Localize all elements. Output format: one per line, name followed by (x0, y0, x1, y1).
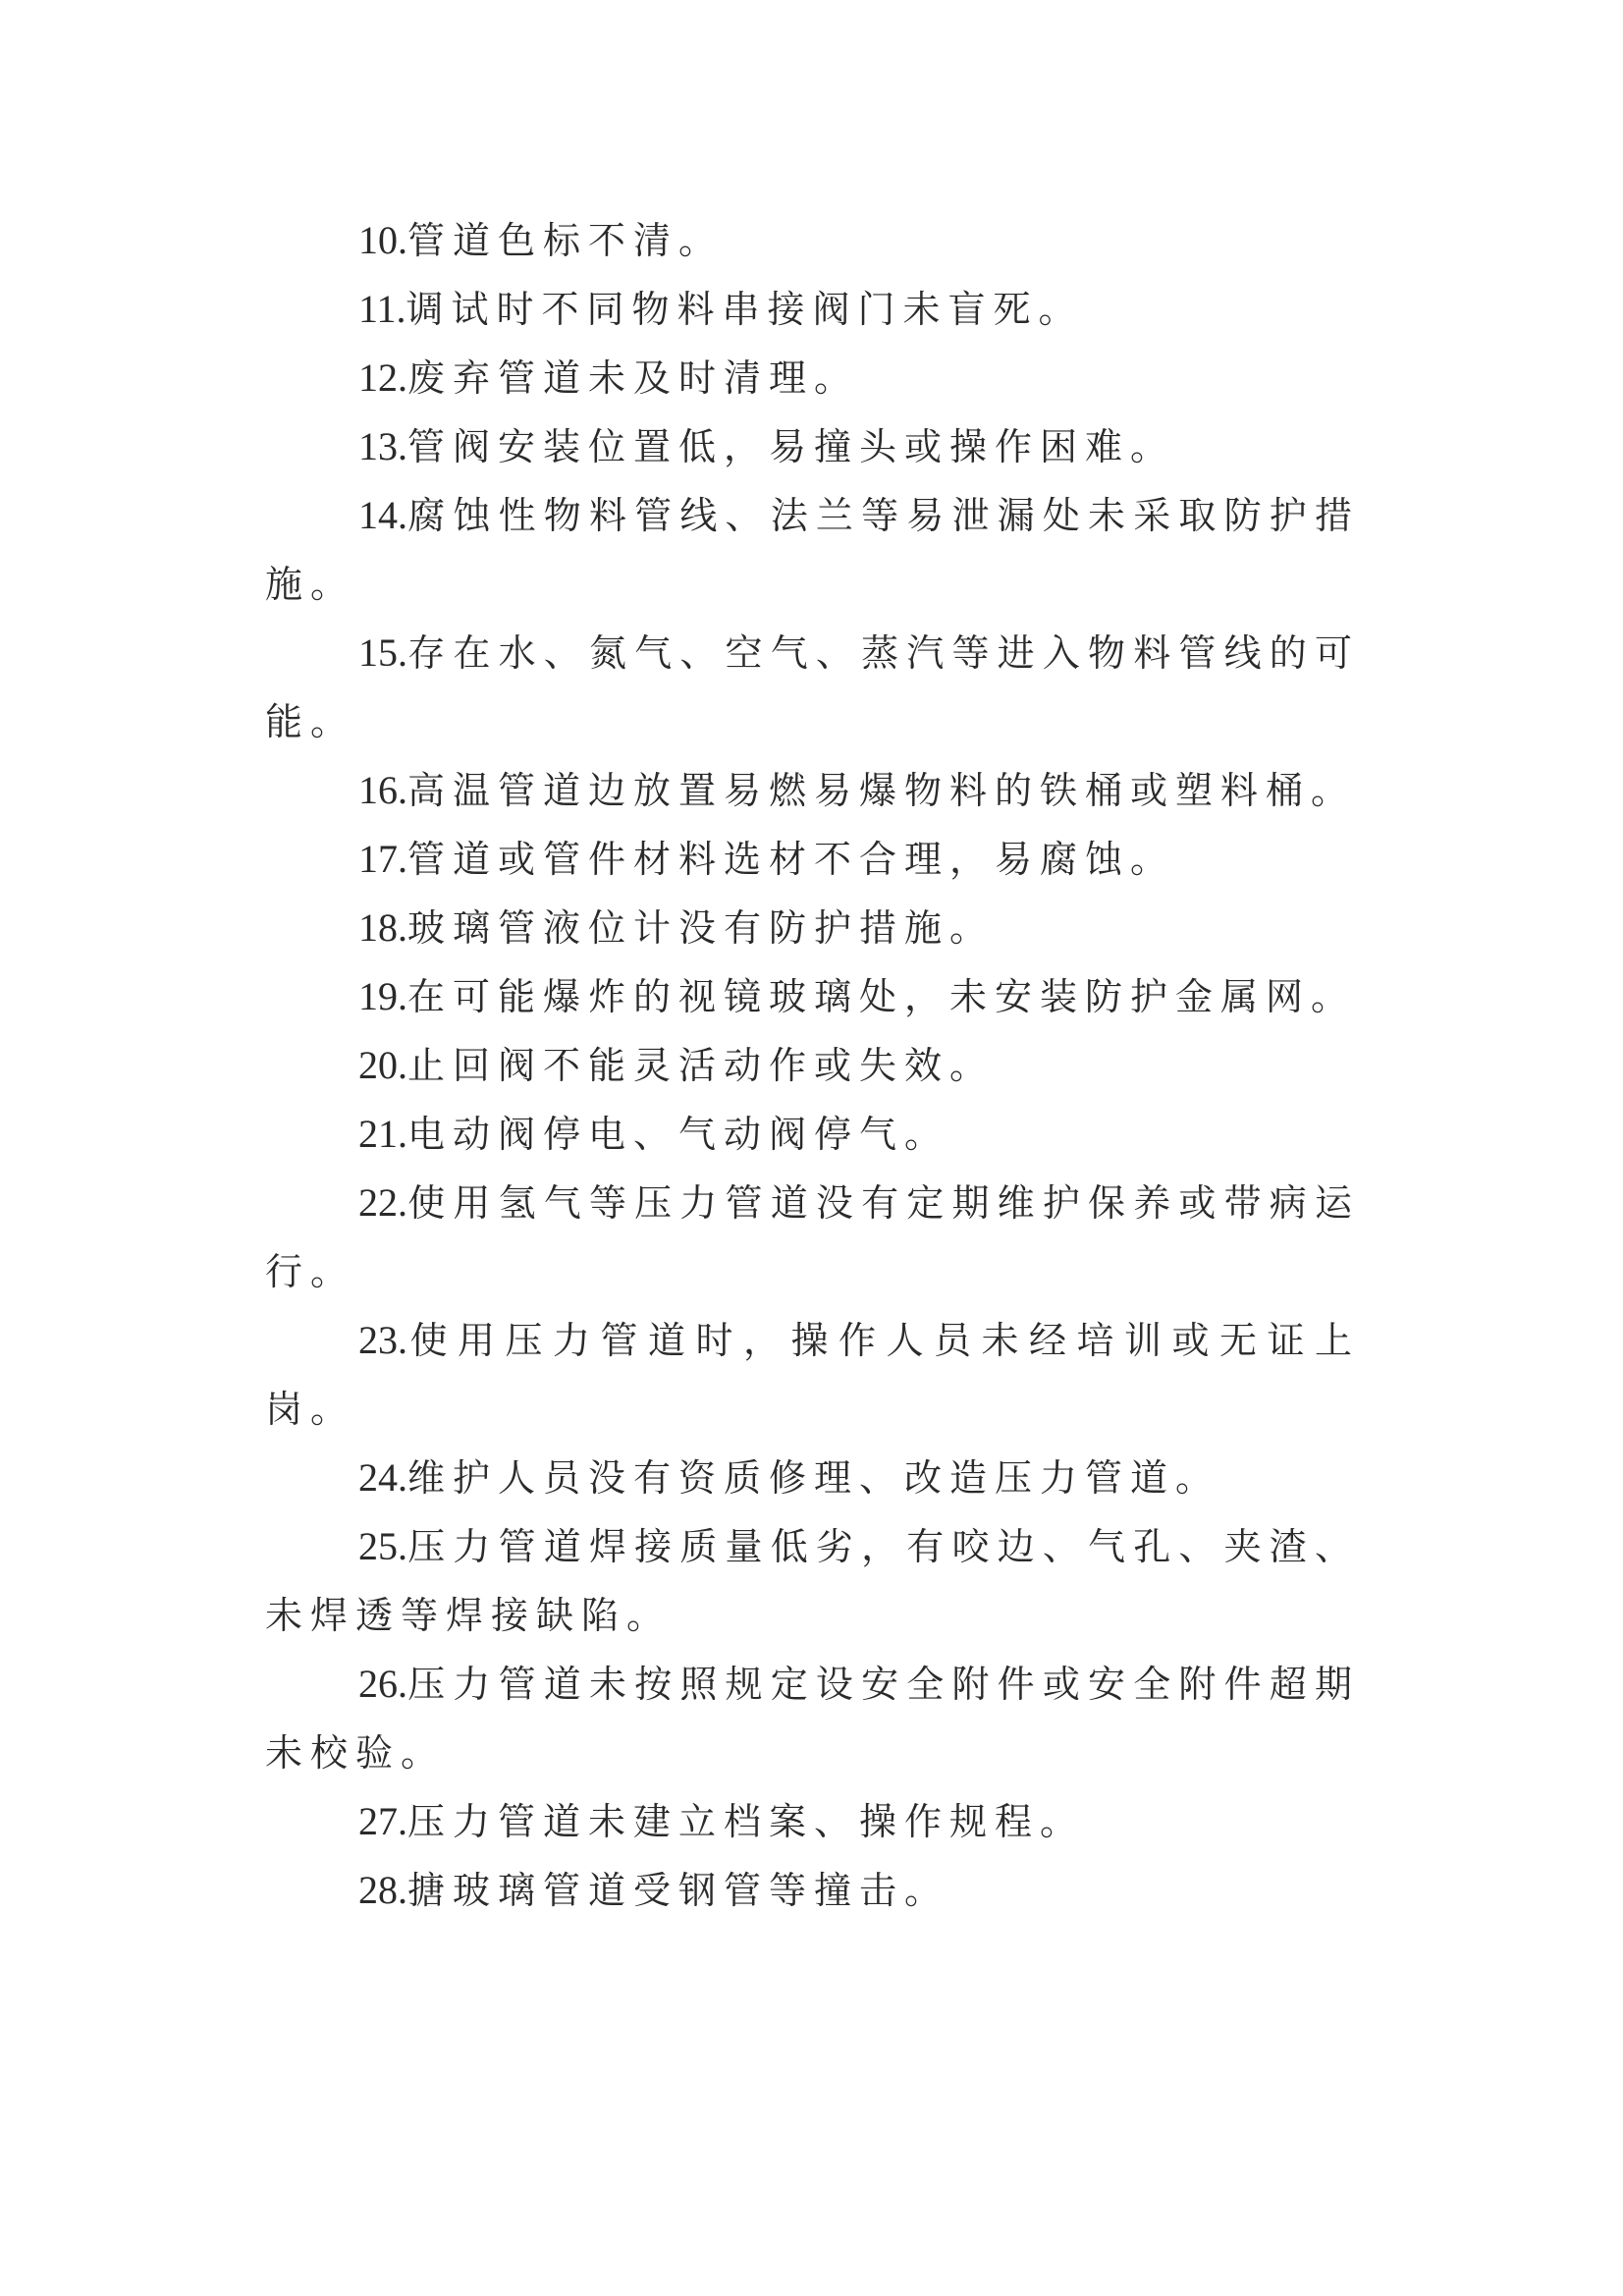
item-number: 26. (358, 1662, 407, 1706)
item-number: 19. (358, 974, 407, 1018)
list-item: 15.存在水、氮气、空气、蒸汽等进入物料管线的可能。 (265, 619, 1360, 756)
item-number: 21. (358, 1112, 407, 1156)
list-item: 23.使用压力管道时，操作人员未经培训或无证上岗。 (265, 1306, 1360, 1444)
list-item: 14.腐蚀性物料管线、法兰等易泄漏处未采取防护措施。 (265, 481, 1360, 619)
item-text: 废弃管道未及时清理。 (407, 356, 859, 400)
item-number: 18. (358, 905, 407, 950)
item-number: 25. (358, 1524, 407, 1568)
item-text: 搪玻璃管道受钢管等撞击。 (407, 1869, 949, 1912)
item-number: 28. (358, 1868, 407, 1912)
item-text: 压力管道未按照规定设安全附件或安全附件超期未校验。 (265, 1663, 1360, 1775)
item-number: 13. (358, 424, 407, 468)
list-item: 10.管道色标不清。 (265, 206, 1360, 275)
item-text: 高温管道边放置易燃易爆物料的铁桶或塑料桶。 (407, 769, 1356, 812)
item-text: 在可能爆炸的视镜玻璃处，未安装防护金属网。 (407, 975, 1356, 1018)
item-text: 维护人员没有资质修理、改造压力管道。 (407, 1456, 1220, 1500)
item-text: 管道色标不清。 (407, 219, 724, 262)
list-item: 11.调试时不同物料串接阀门未盲死。 (265, 275, 1360, 344)
item-number: 10. (358, 218, 407, 262)
item-number: 16. (358, 768, 407, 812)
list-item: 20.止回阀不能灵活动作或失效。 (265, 1031, 1360, 1100)
item-text: 压力管道焊接质量低劣，有咬边、气孔、夹渣、未焊透等焊接缺陷。 (265, 1525, 1360, 1637)
item-text: 存在水、氮气、空气、蒸汽等进入物料管线的可能。 (265, 631, 1360, 743)
item-text: 管道或管件材料选材不合理，易腐蚀。 (407, 838, 1175, 881)
item-number: 24. (358, 1455, 407, 1500)
item-text: 玻璃管液位计没有防护措施。 (407, 906, 995, 950)
list-item: 17.管道或管件材料选材不合理，易腐蚀。 (265, 825, 1360, 894)
list-item: 22.使用氢气等压力管道没有定期维护保养或带病运行。 (265, 1169, 1360, 1306)
item-number: 14. (358, 493, 407, 537)
list-item: 28.搪玻璃管道受钢管等撞击。 (265, 1856, 1360, 1925)
list-item: 25.压力管道焊接质量低劣，有咬边、气孔、夹渣、未焊透等焊接缺陷。 (265, 1512, 1360, 1650)
list-item: 12.废弃管道未及时清理。 (265, 344, 1360, 412)
list-item: 26.压力管道未按照规定设安全附件或安全附件超期未校验。 (265, 1650, 1360, 1787)
item-text: 腐蚀性物料管线、法兰等易泄漏处未采取防护措施。 (265, 494, 1360, 606)
item-text: 电动阀停电、气动阀停气。 (407, 1113, 949, 1156)
list-item: 18.玻璃管液位计没有防护措施。 (265, 894, 1360, 962)
item-text: 压力管道未建立档案、操作规程。 (407, 1800, 1085, 1843)
list-item: 13.管阀安装位置低，易撞头或操作困难。 (265, 412, 1360, 481)
item-text: 调试时不同物料串接阀门未盲死。 (406, 288, 1084, 331)
list-item: 19.在可能爆炸的视镜玻璃处，未安装防护金属网。 (265, 962, 1360, 1031)
item-number: 11. (358, 287, 406, 331)
list-item: 27.压力管道未建立档案、操作规程。 (265, 1787, 1360, 1856)
document-page: 10.管道色标不清。 11.调试时不同物料串接阀门未盲死。 12.废弃管道未及时… (265, 206, 1360, 1925)
item-number: 12. (358, 355, 407, 400)
item-text: 使用氢气等压力管道没有定期维护保养或带病运行。 (265, 1181, 1360, 1293)
item-number: 23. (358, 1318, 407, 1362)
item-number: 27. (358, 1799, 407, 1843)
list-item: 21.电动阀停电、气动阀停气。 (265, 1100, 1360, 1169)
list-item: 24.维护人员没有资质修理、改造压力管道。 (265, 1444, 1360, 1512)
item-text: 止回阀不能灵活动作或失效。 (407, 1044, 995, 1087)
list-item: 16.高温管道边放置易燃易爆物料的铁桶或塑料桶。 (265, 756, 1360, 825)
item-number: 20. (358, 1043, 407, 1087)
item-text: 管阀安装位置低，易撞头或操作困难。 (407, 425, 1175, 468)
item-number: 22. (358, 1180, 407, 1225)
item-number: 15. (358, 630, 407, 675)
item-text: 使用压力管道时，操作人员未经培训或无证上岗。 (265, 1319, 1360, 1431)
item-number: 17. (358, 837, 407, 881)
